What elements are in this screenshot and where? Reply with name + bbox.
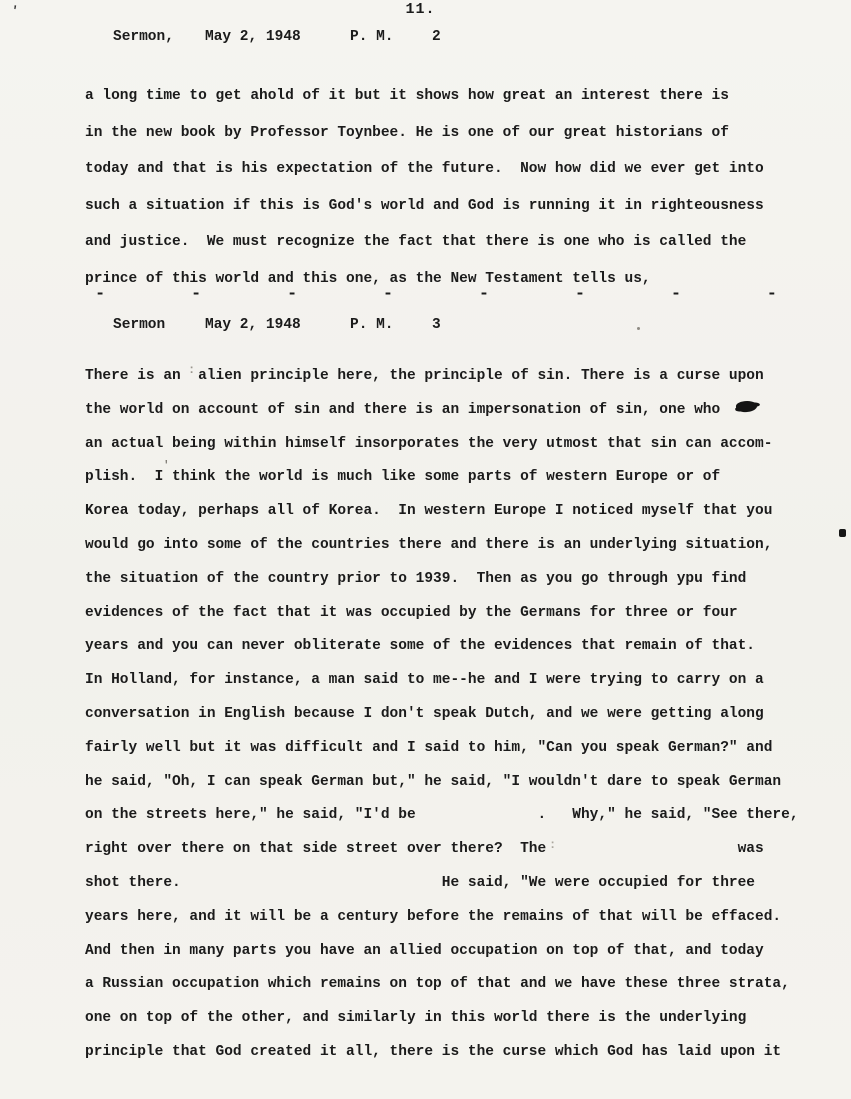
text-line: in the new book by Professor Toynbee. He… xyxy=(85,115,797,152)
header-date: May 2, 1948 xyxy=(205,317,301,333)
header-page-2: Sermon, May 2, 1948 P. M. 2 xyxy=(0,29,851,49)
text-line: right over there on that side street ove… xyxy=(85,833,797,867)
text-line: years here, and it will be a century bef… xyxy=(85,901,797,935)
text-line: today and that is his expectation of the… xyxy=(85,151,797,188)
page-number: 11. xyxy=(0,1,841,18)
paragraph-page-3: There is an alien principle here, the pr… xyxy=(85,360,797,1070)
dash: - xyxy=(671,285,681,304)
dash: - xyxy=(767,285,777,304)
dash: - xyxy=(575,285,585,304)
faint-type-mark: : xyxy=(188,363,195,377)
text-line: would go into some of the countries ther… xyxy=(85,529,797,563)
text-line: a long time to get ahold of it but it sh… xyxy=(85,78,797,115)
faint-type-mark: ' xyxy=(163,460,170,472)
header-session: P. M. xyxy=(350,317,394,333)
header-label: Sermon, xyxy=(113,29,174,45)
text-line: on the streets here," he said, "I'd be .… xyxy=(85,799,797,833)
text-line: evidences of the fact that it was occupi… xyxy=(85,597,797,631)
dash: - xyxy=(479,285,489,304)
text-line: principle that God created it all, there… xyxy=(85,1036,797,1070)
header-date: May 2, 1948 xyxy=(205,29,301,45)
dash: - xyxy=(383,285,393,304)
dash-separator-row: - - - - - - - - xyxy=(85,285,797,304)
text-line: an actual being within himself insorpora… xyxy=(85,428,797,462)
dash: - xyxy=(191,285,201,304)
text-line: the world on account of sin and there is… xyxy=(85,394,797,428)
header-page-3: Sermon May 2, 1948 P. M. 3 xyxy=(0,317,851,337)
text-line: the situation of the country prior to 19… xyxy=(85,563,797,597)
text-line: And then in many parts you have an allie… xyxy=(85,935,797,969)
text-line: one on top of the other, and similarly i… xyxy=(85,1002,797,1036)
header-label: Sermon xyxy=(113,317,165,333)
text-line: In Holland, for instance, a man said to … xyxy=(85,664,797,698)
text-line: fairly well but it was difficult and I s… xyxy=(85,732,797,766)
header-session: P. M. xyxy=(350,29,394,45)
faint-type-mark: : xyxy=(549,838,556,852)
dash: - xyxy=(95,285,105,304)
header-sheet-number: 2 xyxy=(432,29,441,45)
scanned-document-page: 11. Sermon, May 2, 1948 P. M. 2 a long t… xyxy=(0,0,851,1099)
text-line: a Russian occupation which remains on to… xyxy=(85,968,797,1002)
text-line: shot there. He said, "We were occupied f… xyxy=(85,867,797,901)
text-line: such a situation if this is God's world … xyxy=(85,188,797,225)
text-line: conversation in English because I don't … xyxy=(85,698,797,732)
header-sheet-number: 3 xyxy=(432,317,441,333)
text-line: and justice. We must recognize the fact … xyxy=(85,224,797,261)
text-line: years and you can never obliterate some … xyxy=(85,630,797,664)
text-line: he said, "Oh, I can speak German but," h… xyxy=(85,766,797,800)
paragraph-page-2: a long time to get ahold of it but it sh… xyxy=(85,78,797,298)
text-line: Korea today, perhaps all of Korea. In we… xyxy=(85,495,797,529)
dash: - xyxy=(287,285,297,304)
right-edge-ink-dot xyxy=(839,529,846,537)
scan-speck xyxy=(637,327,640,330)
text-line: plish. I think the world is much like so… xyxy=(85,461,797,495)
